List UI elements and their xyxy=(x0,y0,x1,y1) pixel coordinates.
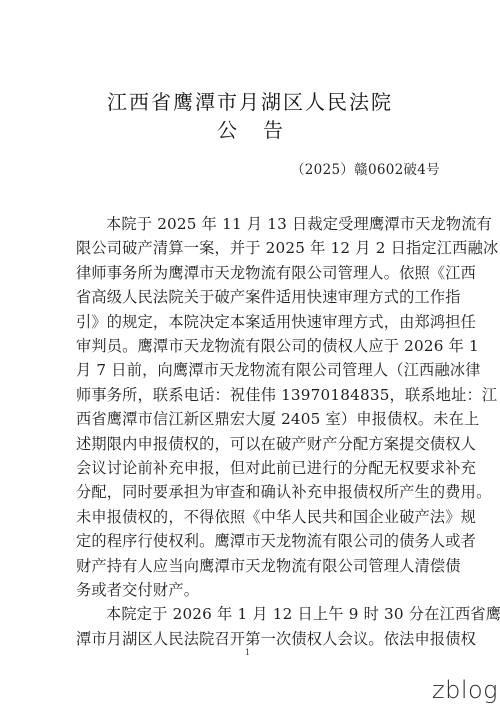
body-line: 务或者交付财产。 xyxy=(76,579,440,600)
body-line: 定的程序行使权利。鹰潭市天龙物流有限公司的债务人或者 xyxy=(76,530,440,551)
body-line: 限公司破产清算一案，并于 2025 年 12 月 2 日指定江西融冰 xyxy=(76,237,440,258)
body-line: 财产持有人应当向鹰潭市天龙物流有限公司管理人清偿债 xyxy=(76,555,440,576)
watermark: zblog xyxy=(432,676,498,704)
body-line: 审判员。鹰潭市天龙物流有限公司的债权人应于 2026 年 1 xyxy=(76,335,440,356)
body-line: 律师事务所为鹰潭市天龙物流有限公司管理人。依照《江西 xyxy=(76,262,440,283)
body-line: 分配，同时要承担为审查和确认补充申报债权所产生的费用。 xyxy=(76,481,440,502)
body-line: 本院于 2025 年 11 月 13 日裁定受理鹰潭市天龙物流有 xyxy=(106,213,440,234)
document-type-heading: 公告 xyxy=(0,114,500,143)
body-line: 引》的规定，本院决定本案适用快速审理方式，由郑鸿担任 xyxy=(76,311,440,332)
body-line: 述期限内申报债权的，可以在破产财产分配方案提交债权人 xyxy=(76,433,440,454)
body-line: 本院定于 2026 年 1 月 12 日上午 9 时 30 分在江西省鹰 xyxy=(106,603,440,624)
body-line: 潭市月湖区人民法院召开第一次债权人会议。依法申报债权 xyxy=(76,628,440,649)
court-name: 江西省鹰潭市月湖区人民法院 xyxy=(0,86,500,115)
page-number: 1 xyxy=(245,648,250,657)
body-line: 师事务所，联系电话：祝佳伟 13970184835，联系地址：江 xyxy=(76,384,440,405)
body-line: 省高级人民法院关于破产案件适用快速审理方式的工作指 xyxy=(76,286,440,307)
body-line: 月 7 日前，向鹰潭市天龙物流有限公司管理人（江西融冰律 xyxy=(76,359,440,380)
body-line: 未申报债权的，不得依照《中华人民共和国企业破产法》规 xyxy=(76,506,440,527)
body-line: 西省鹰潭市信江新区鼎宏大厦 2405 室）申报债权。未在上 xyxy=(76,408,440,429)
body-line: 会议讨论前补充申报，但对此前已进行的分配无权要求补充 xyxy=(76,457,440,478)
case-number: （2025）赣0602破4号 xyxy=(291,158,440,178)
